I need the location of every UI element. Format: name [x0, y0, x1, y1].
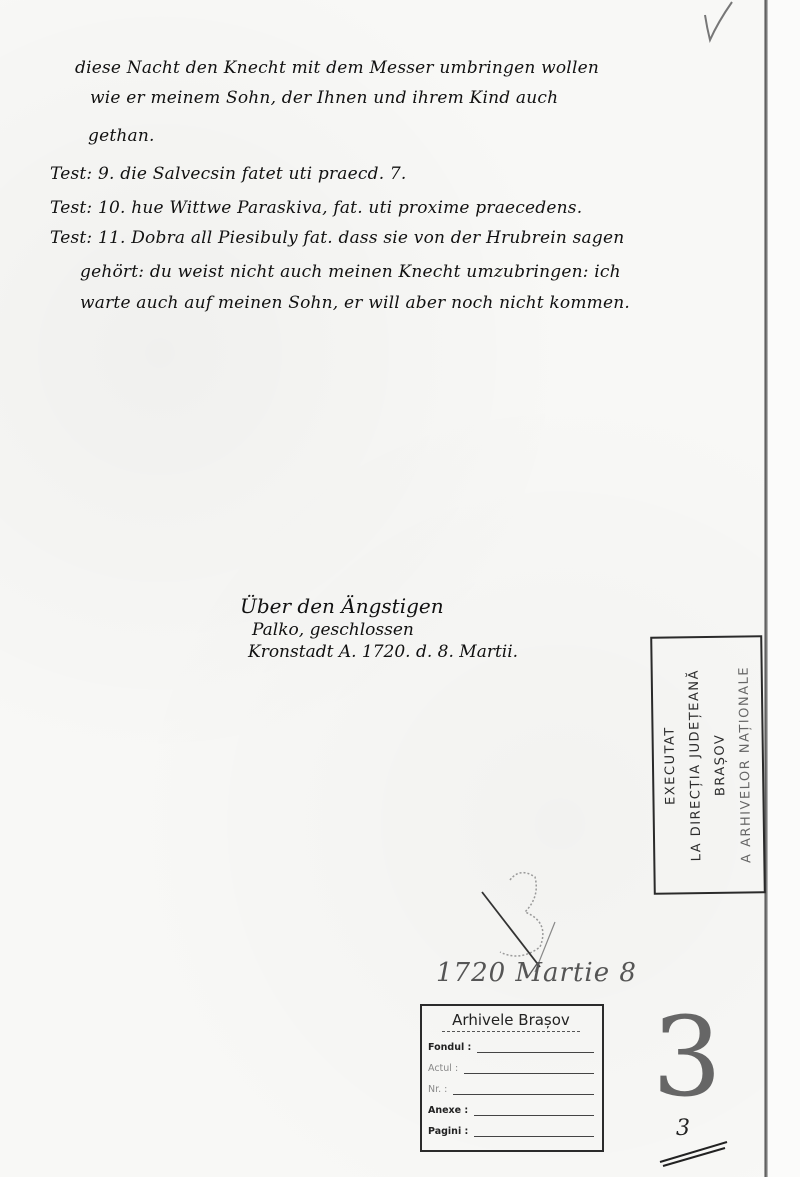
- executat-stamp: EXECUTAT LA DIRECȚIA JUDEȚEANĂ BRAȘOV A …: [650, 635, 766, 895]
- signature-line-3: Kronstadt A. 1720. d. 8. Martii.: [248, 642, 518, 662]
- testimony-9: Test: 9. die Salvecsin fatet uti praecd.…: [50, 164, 407, 184]
- stamp-line-4: A ARHIVELOR NAȚIONALE: [737, 666, 755, 863]
- pencil-date-annotation: 1720 Martie 8: [436, 958, 637, 988]
- archive-field-fondul: Fondul :: [428, 1037, 594, 1053]
- testimony-text: Dobra all Piesibuly fat. dass sie von de…: [131, 228, 624, 248]
- signature-line-1: Über den Ängstigen: [240, 594, 510, 618]
- signature-block: Über den Ängstigen Palko, geschlossen Kr…: [240, 594, 510, 658]
- archive-stamp-title: Arhivele Brașov: [442, 1011, 580, 1032]
- body-line-2: wie er meinem Sohn, der Ihnen und ihrem …: [90, 88, 558, 108]
- pencil-scribble: [480, 862, 570, 972]
- stamp-line-1: EXECUTAT: [662, 726, 678, 805]
- page-right-margin: [768, 0, 800, 1177]
- body-line-1: diese Nacht den Knecht mit dem Messer um…: [75, 58, 599, 78]
- pencil-check-mark: [702, 0, 742, 50]
- testimony-11-continued-2: warte auch auf meinen Sohn, er will aber…: [80, 293, 630, 313]
- stamp-line-3: BRAȘOV: [713, 733, 729, 796]
- testimony-10: Test: 10. hue Wittwe Paraskiva, fat. uti…: [50, 198, 582, 218]
- testimony-11: Test: 11. Dobra all Piesibuly fat. dass …: [50, 228, 624, 248]
- archive-field-nr: Nr. :: [428, 1079, 594, 1095]
- archive-stamp: Arhivele Brașov Fondul : Actul : Nr. : A…: [420, 1004, 604, 1152]
- testimony-text: die Salvecsin fatet uti praecd. 7.: [120, 164, 406, 184]
- body-line-3: gethan.: [88, 126, 155, 146]
- testimony-11-continued-1: gehört: du weist nicht auch meinen Knech…: [80, 262, 621, 282]
- testimony-label: Test: 11.: [50, 228, 126, 248]
- document-page: diese Nacht den Knecht mit dem Messer um…: [0, 0, 800, 1177]
- page-number-large: 3: [652, 1002, 722, 1112]
- double-underline: [655, 1130, 755, 1170]
- archive-field-actul: Actul :: [428, 1058, 594, 1074]
- archive-field-pagini: Pagini :: [428, 1121, 594, 1137]
- testimony-label: Test: 9.: [50, 164, 115, 184]
- stamp-line-2: LA DIRECȚIA JUDEȚEANĂ: [687, 669, 705, 861]
- archive-field-anexe: Anexe :: [428, 1100, 594, 1116]
- testimony-text: hue Wittwe Paraskiva, fat. uti proxime p…: [131, 198, 582, 218]
- signature-line-2: Palko, geschlossen: [252, 620, 522, 640]
- testimony-label: Test: 10.: [50, 198, 126, 218]
- page-fold-edge: [764, 0, 768, 1177]
